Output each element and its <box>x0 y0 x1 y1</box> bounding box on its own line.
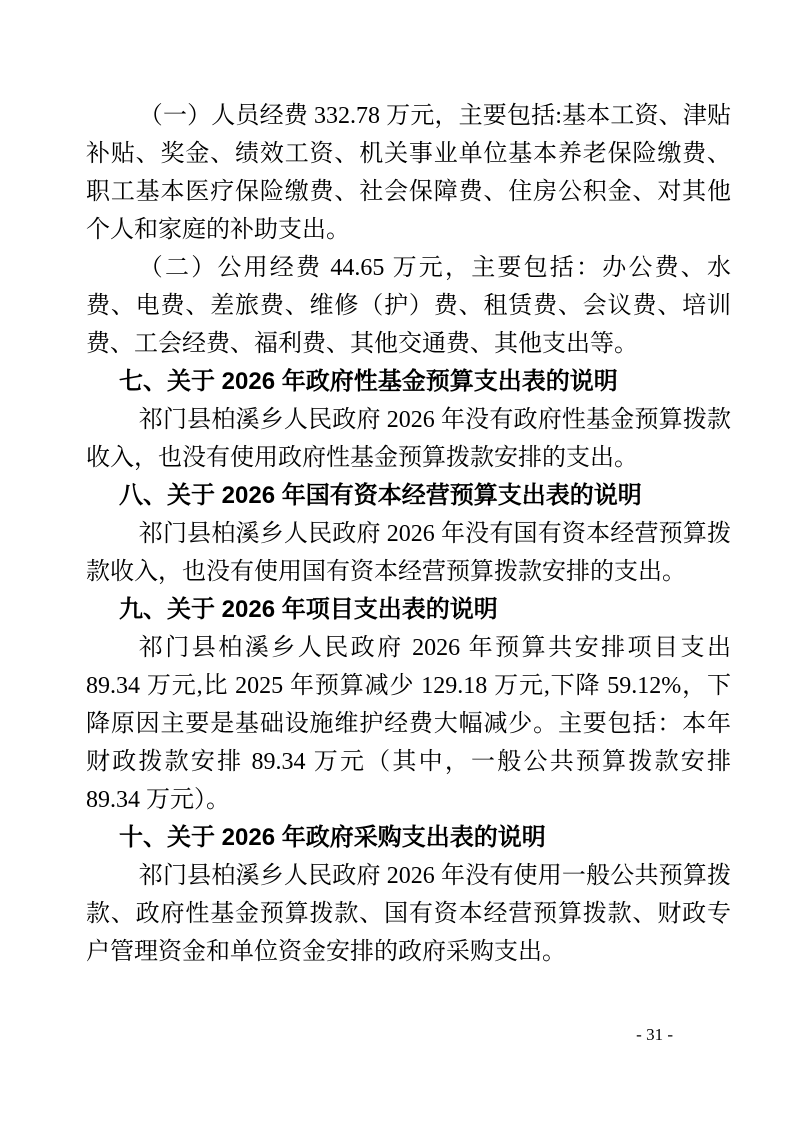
paragraph: （二）公用经费 44.65 万元，主要包括：办公费、水费、电费、差旅费、维修（护… <box>86 249 731 363</box>
document-page: （一）人员经费 332.78 万元，主要包括:基本工资、津贴补贴、奖金、绩效工资… <box>0 0 793 1122</box>
page-footer: - 31 - <box>636 1024 673 1046</box>
page-number: - 31 - <box>636 1025 673 1044</box>
section-heading: 八、关于 2026 年国有资本经营预算支出表的说明 <box>86 477 731 515</box>
paragraph: 祁门县柏溪乡人民政府 2026 年预算共安排项目支出 89.34 万元,比 20… <box>86 629 731 819</box>
section-heading: 九、关于 2026 年项目支出表的说明 <box>86 591 731 629</box>
section-heading: 七、关于 2026 年政府性基金预算支出表的说明 <box>86 363 731 401</box>
paragraph: 祁门县柏溪乡人民政府 2026 年没有国有资本经营预算拨款收入，也没有使用国有资… <box>86 515 731 591</box>
paragraph: （一）人员经费 332.78 万元，主要包括:基本工资、津贴补贴、奖金、绩效工资… <box>86 97 731 249</box>
paragraph: 祁门县柏溪乡人民政府 2026 年没有政府性基金预算拨款收入，也没有使用政府性基… <box>86 401 731 477</box>
paragraph: 祁门县柏溪乡人民政府 2026 年没有使用一般公共预算拨款、政府性基金预算拨款、… <box>86 857 731 971</box>
section-heading: 十、关于 2026 年政府采购支出表的说明 <box>86 819 731 857</box>
document-content: （一）人员经费 332.78 万元，主要包括:基本工资、津贴补贴、奖金、绩效工资… <box>86 97 731 971</box>
